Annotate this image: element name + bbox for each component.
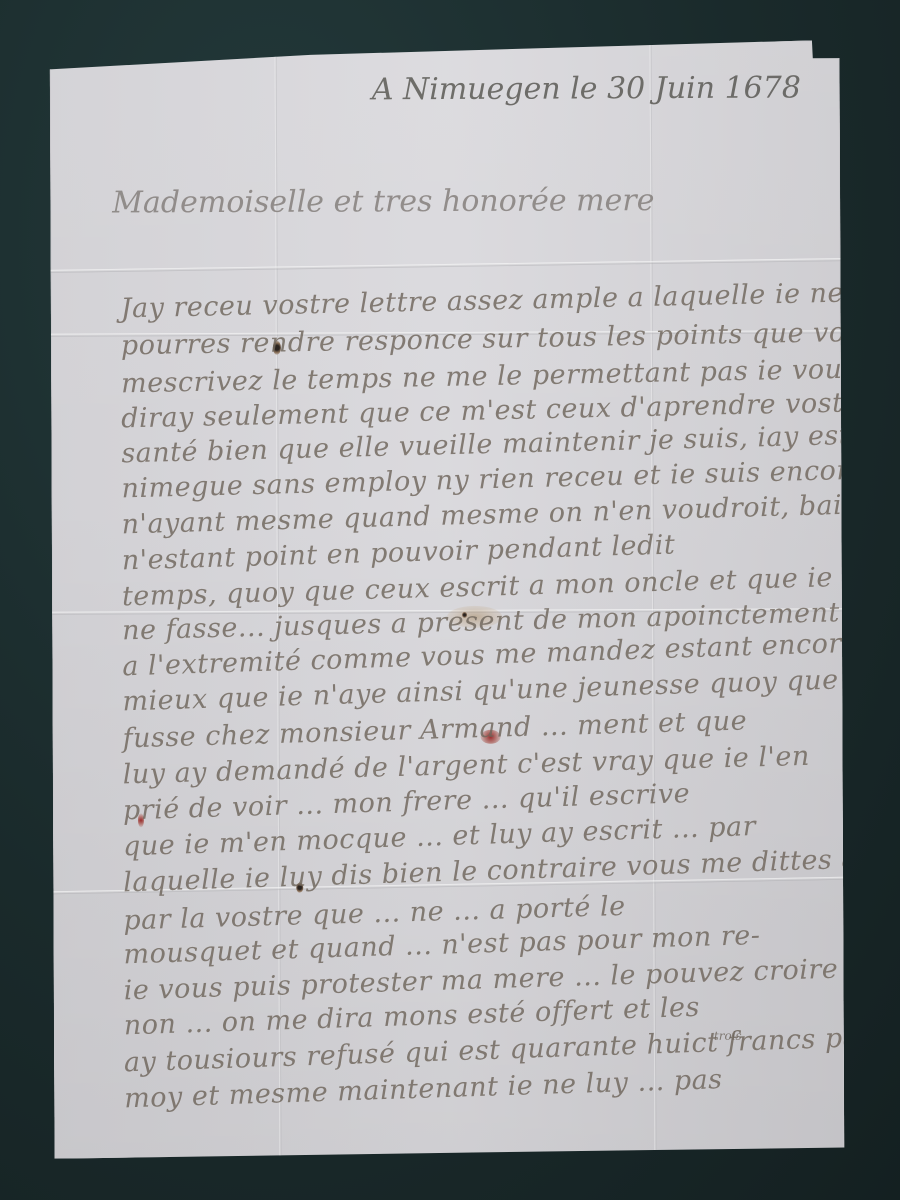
interlinear-note: trois xyxy=(714,1029,742,1043)
letter-salutation: Mademoiselle et tres honorée mere xyxy=(112,183,654,220)
letter-line: Jay receu vostre lettre assez ample a la… xyxy=(120,278,844,325)
letter-heading: A Nimuegen le 30 Juin 1678 xyxy=(372,70,801,107)
letter-page: A Nimuegen le 30 Juin 1678 Mademoiselle … xyxy=(50,40,845,1158)
horizontal-fold xyxy=(51,258,841,273)
